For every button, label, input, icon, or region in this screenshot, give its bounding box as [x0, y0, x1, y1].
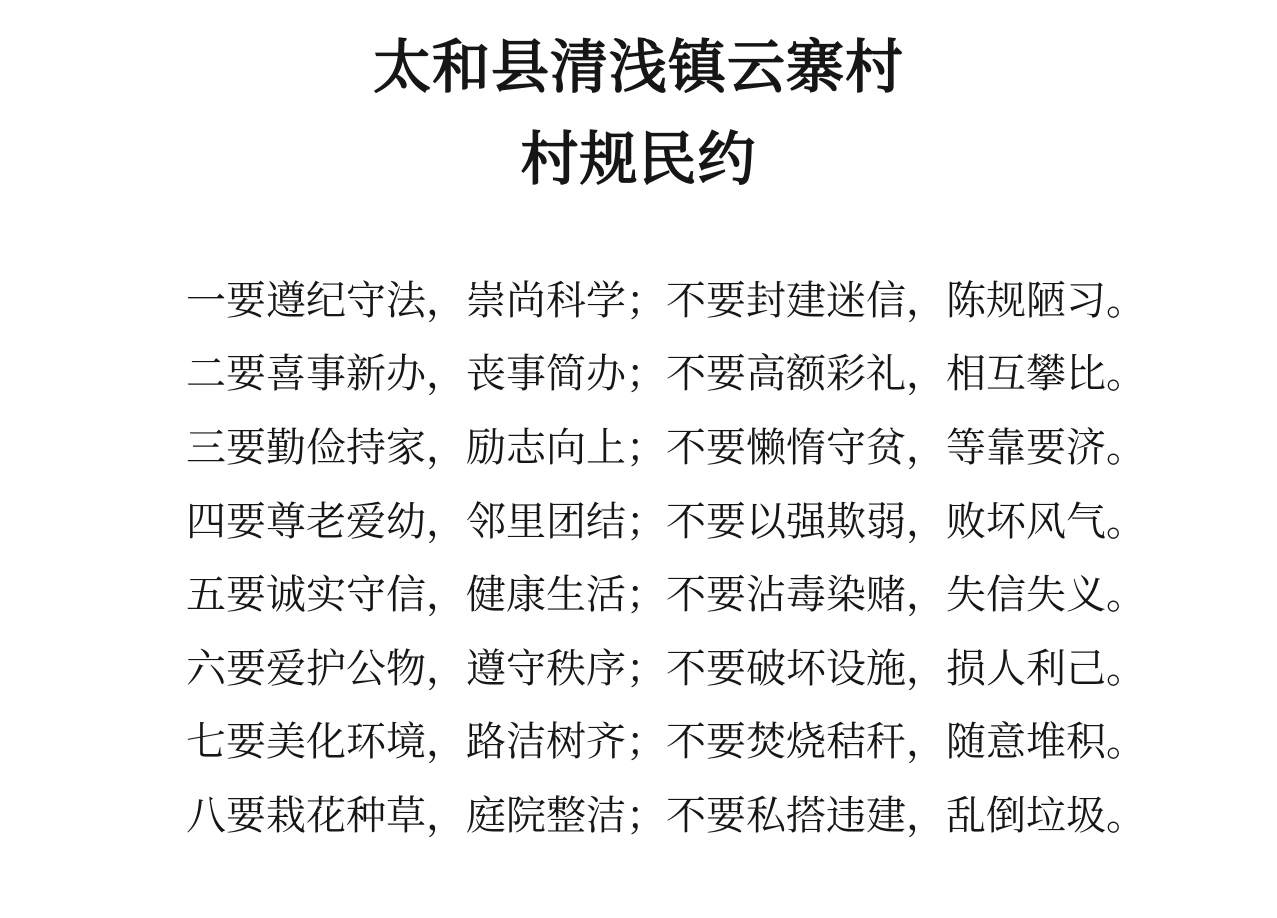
rule-char: 路	[466, 722, 506, 762]
rule-char: ，	[426, 502, 466, 542]
rule-char: 。	[1106, 428, 1146, 468]
rule-char: 私	[746, 796, 786, 836]
rule-char: ，	[906, 354, 946, 394]
rule-char: 。	[1106, 502, 1146, 542]
rule-char: 违	[826, 796, 866, 836]
rule-char: 陈	[946, 281, 986, 321]
rule-char: 法	[386, 281, 426, 321]
rule-char: 。	[1106, 354, 1146, 394]
rule-char: ，	[426, 796, 466, 836]
rule-char: 老	[306, 502, 346, 542]
rule-char: 守	[346, 575, 386, 615]
rule-char: 搭	[786, 796, 826, 836]
rule-line: 二要喜事新办，丧事简办；不要高额彩礼，相互攀比。	[186, 338, 1100, 412]
rule-char: 。	[1106, 796, 1146, 836]
rule-char: 志	[506, 428, 546, 468]
rule-char: 要	[226, 722, 266, 762]
rule-char: 遵	[266, 281, 306, 321]
rule-char: 俭	[306, 428, 346, 468]
rule-char: 坏	[786, 649, 826, 689]
rule-char: 赌	[866, 575, 906, 615]
rule-char: ，	[906, 502, 946, 542]
rule-char: 要	[706, 354, 746, 394]
rule-char: 上	[586, 428, 626, 468]
rule-char: ，	[906, 796, 946, 836]
rule-char: 环	[346, 722, 386, 762]
rule-char: 邻	[466, 502, 506, 542]
rule-char: 风	[1026, 502, 1066, 542]
rule-line: 八要栽花种草，庭院整洁；不要私搭违建，乱倒垃圾。	[186, 779, 1100, 853]
rule-char: 康	[506, 575, 546, 615]
rule-char: 乱	[946, 796, 986, 836]
rule-char: 不	[666, 428, 706, 468]
rule-char: 栽	[266, 796, 306, 836]
rule-char: ，	[426, 428, 466, 468]
rule-line: 一要遵纪守法，崇尚科学；不要封建迷信，陈规陋习。	[186, 264, 1100, 338]
rule-char: 要	[226, 354, 266, 394]
rule-char: ，	[426, 281, 466, 321]
rule-char: ；	[626, 428, 666, 468]
rule-char: 以	[746, 502, 786, 542]
rule-char: 勤	[266, 428, 306, 468]
rule-char: 。	[1106, 649, 1146, 689]
rule-char: 秸	[826, 722, 866, 762]
rule-char: 强	[786, 502, 826, 542]
rule-char: ；	[626, 502, 666, 542]
rule-char: 事	[306, 354, 346, 394]
rule-char: 弱	[866, 502, 906, 542]
rule-char: ；	[626, 796, 666, 836]
document-title: 太和县清浅镇云寨村 村规民约	[0, 22, 1277, 206]
rule-char: 秆	[866, 722, 906, 762]
rule-char: 要	[706, 796, 746, 836]
rule-char: 损	[946, 649, 986, 689]
rule-char: 公	[346, 649, 386, 689]
rule-char: 序	[586, 649, 626, 689]
rule-char: 家	[386, 428, 426, 468]
rule-char: 科	[546, 281, 586, 321]
rule-char: 守	[826, 428, 866, 468]
rule-char: 坏	[986, 502, 1026, 542]
rule-char: 不	[666, 281, 706, 321]
rule-char: 随	[946, 722, 986, 762]
rule-char: ，	[426, 575, 466, 615]
rule-char: ，	[906, 281, 946, 321]
rule-char: 设	[826, 649, 866, 689]
rule-char: 丧	[466, 354, 506, 394]
rule-char: 种	[346, 796, 386, 836]
rule-char: 迷	[826, 281, 866, 321]
rule-char: 相	[946, 354, 986, 394]
rule-char: 规	[986, 281, 1026, 321]
rule-char: 秩	[546, 649, 586, 689]
rule-char: ，	[426, 649, 466, 689]
rule-char: 意	[986, 722, 1026, 762]
rule-char: 懒	[746, 428, 786, 468]
rule-char: 信	[986, 575, 1026, 615]
rule-char: 染	[826, 575, 866, 615]
rule-char: 办	[586, 354, 626, 394]
rule-char: 八	[186, 796, 226, 836]
rule-char: 要	[706, 502, 746, 542]
rule-char: 诚	[266, 575, 306, 615]
rule-char: 持	[346, 428, 386, 468]
rule-char: 利	[1026, 649, 1066, 689]
rule-char: 陋	[1026, 281, 1066, 321]
rule-char: 不	[666, 722, 706, 762]
rule-char: 圾	[1066, 796, 1106, 836]
rule-char: 己	[1066, 649, 1106, 689]
rule-char: 爱	[266, 649, 306, 689]
rule-char: 爱	[346, 502, 386, 542]
rule-char: 攀	[1026, 354, 1066, 394]
rule-char: 建	[866, 796, 906, 836]
rule-char: 庭	[466, 796, 506, 836]
rule-char: 崇	[466, 281, 506, 321]
rule-char: 互	[986, 354, 1026, 394]
rule-char: 要	[226, 649, 266, 689]
rule-char: 结	[586, 502, 626, 542]
rule-char: 整	[546, 796, 586, 836]
rule-char: ；	[626, 281, 666, 321]
rule-char: 等	[946, 428, 986, 468]
rule-char: 不	[666, 796, 706, 836]
rule-char: 。	[1106, 575, 1146, 615]
rule-char: 垃	[1026, 796, 1066, 836]
rule-char: 三	[186, 428, 226, 468]
rule-char: 要	[226, 502, 266, 542]
rule-char: 人	[986, 649, 1026, 689]
rule-char: 习	[1066, 281, 1106, 321]
rule-char: 焚	[746, 722, 786, 762]
rule-char: 六	[186, 649, 226, 689]
rule-char: 守	[506, 649, 546, 689]
rule-char: 尚	[506, 281, 546, 321]
rule-char: 健	[466, 575, 506, 615]
rule-char: 贫	[866, 428, 906, 468]
rule-char: 花	[306, 796, 346, 836]
rule-char: 。	[1106, 722, 1146, 762]
rule-char: ，	[906, 428, 946, 468]
rule-char: 要	[706, 281, 746, 321]
rule-char: 要	[706, 575, 746, 615]
rule-char: 信	[866, 281, 906, 321]
rule-char: 败	[946, 502, 986, 542]
rule-char: 欺	[826, 502, 866, 542]
rule-char: 尊	[266, 502, 306, 542]
rule-char: 办	[386, 354, 426, 394]
rule-char: 四	[186, 502, 226, 542]
rule-char: 齐	[586, 722, 626, 762]
rule-char: 要	[706, 722, 746, 762]
rule-char: 二	[186, 354, 226, 394]
rule-char: 励	[466, 428, 506, 468]
rule-char: 事	[506, 354, 546, 394]
rule-char: 境	[386, 722, 426, 762]
title-line-2: 村规民约	[0, 114, 1277, 206]
rule-char: 向	[546, 428, 586, 468]
rule-char: ；	[626, 649, 666, 689]
rule-char: 要	[226, 281, 266, 321]
rule-char: 喜	[266, 354, 306, 394]
rule-char: 要	[706, 428, 746, 468]
rule-char: 实	[306, 575, 346, 615]
rule-char: 义	[1066, 575, 1106, 615]
rule-char: 幼	[386, 502, 426, 542]
rule-char: 比	[1066, 354, 1106, 394]
rule-char: 信	[386, 575, 426, 615]
rule-char: 失	[1026, 575, 1066, 615]
rule-char: 化	[306, 722, 346, 762]
rule-char: 纪	[306, 281, 346, 321]
rule-line: 六要爱护公物，遵守秩序；不要破坏设施，损人利己。	[186, 632, 1100, 706]
rule-char: ，	[906, 649, 946, 689]
rule-char: 物	[386, 649, 426, 689]
rule-char: 守	[346, 281, 386, 321]
rule-char: ；	[626, 575, 666, 615]
rule-char: 遵	[466, 649, 506, 689]
rule-char: 不	[666, 575, 706, 615]
rule-char: 洁	[586, 796, 626, 836]
document-page: 太和县清浅镇云寨村 村规民约 一要遵纪守法，崇尚科学；不要封建迷信，陈规陋习。二…	[0, 0, 1277, 918]
rule-char: 彩	[826, 354, 866, 394]
rule-char: 烧	[786, 722, 826, 762]
rule-char: 礼	[866, 354, 906, 394]
rule-char: 要	[226, 575, 266, 615]
rule-char: 不	[666, 354, 706, 394]
rule-char: 额	[786, 354, 826, 394]
rule-char: 护	[306, 649, 346, 689]
rule-char: 洁	[506, 722, 546, 762]
rule-char: 院	[506, 796, 546, 836]
rule-char: 高	[746, 354, 786, 394]
rule-line: 五要诚实守信，健康生活；不要沾毒染赌，失信失义。	[186, 558, 1100, 632]
rule-char: 毒	[786, 575, 826, 615]
rule-char: 破	[746, 649, 786, 689]
rule-char: 不	[666, 649, 706, 689]
rules-list: 一要遵纪守法，崇尚科学；不要封建迷信，陈规陋习。二要喜事新办，丧事简办；不要高额…	[186, 264, 1100, 853]
rule-char: 不	[666, 502, 706, 542]
rule-char: 里	[506, 502, 546, 542]
rule-char: 要	[706, 649, 746, 689]
rule-char: 施	[866, 649, 906, 689]
rule-char: ，	[906, 722, 946, 762]
rule-char: 沾	[746, 575, 786, 615]
rule-char: 学	[586, 281, 626, 321]
rule-char: 简	[546, 354, 586, 394]
rule-char: 靠	[986, 428, 1026, 468]
rule-char: 。	[1106, 281, 1146, 321]
title-line-1: 太和县清浅镇云寨村	[0, 22, 1277, 114]
rule-char: 要	[1026, 428, 1066, 468]
rule-char: 新	[346, 354, 386, 394]
rule-char: ，	[426, 722, 466, 762]
rule-char: ，	[906, 575, 946, 615]
rule-line: 七要美化环境，路洁树齐；不要焚烧秸秆，随意堆积。	[186, 706, 1100, 780]
rule-char: 要	[226, 796, 266, 836]
rule-char: 气	[1066, 502, 1106, 542]
rule-char: 一	[186, 281, 226, 321]
rule-char: ；	[626, 722, 666, 762]
rule-char: 堆	[1026, 722, 1066, 762]
rule-char: 要	[226, 428, 266, 468]
rule-char: 树	[546, 722, 586, 762]
rule-char: 活	[586, 575, 626, 615]
rule-char: 生	[546, 575, 586, 615]
rule-char: 失	[946, 575, 986, 615]
rule-char: 草	[386, 796, 426, 836]
rule-char: 团	[546, 502, 586, 542]
rule-char: ，	[426, 354, 466, 394]
rule-char: 封	[746, 281, 786, 321]
rule-char: 惰	[786, 428, 826, 468]
rule-char: 美	[266, 722, 306, 762]
rule-char: ；	[626, 354, 666, 394]
rule-line: 三要勤俭持家，励志向上；不要懒惰守贫，等靠要济。	[186, 411, 1100, 485]
rule-char: 五	[186, 575, 226, 615]
rule-char: 济	[1066, 428, 1106, 468]
rule-char: 倒	[986, 796, 1026, 836]
rule-line: 四要尊老爱幼，邻里团结；不要以强欺弱，败坏风气。	[186, 485, 1100, 559]
rule-char: 七	[186, 722, 226, 762]
rule-char: 积	[1066, 722, 1106, 762]
rule-char: 建	[786, 281, 826, 321]
